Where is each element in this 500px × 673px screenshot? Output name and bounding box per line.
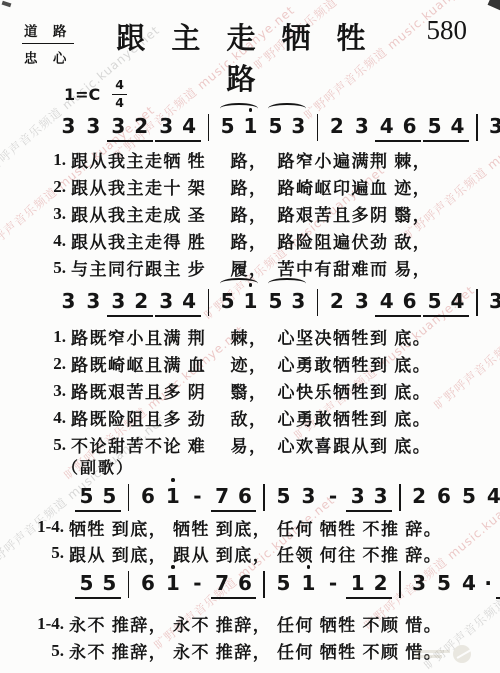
beam-group: 46 [375,114,421,142]
jianpu-note: 5 [457,484,480,508]
jianpu-note: 3 [350,114,373,138]
verse-number: 1-4. [18,614,64,634]
lyric-line: 2.路既崎岖且满 血 迹， 心勇敢牺牲到 底。 [40,350,431,377]
verse-number: 1. [40,327,66,347]
beam-group: 55 [75,484,121,512]
note-group: 2 [325,289,348,317]
beam-group: 54 [423,289,469,317]
verse-number: 4. [40,231,66,251]
lyric-line: 5.与主同行跟主 步 履， 苦中有甜难而 易， [40,254,431,281]
jianpu-note: 2 [325,114,348,138]
lyric-line: 1.跟从我主走牺 牲 路， 路窄小遍满荆 棘， [40,146,431,173]
note-group: 3 [350,114,373,142]
lyric-line: 2.跟从我主走十 架 路， 路崎岖印遍血 迹， [40,173,431,200]
octave-dot [249,283,253,287]
note-group: 6 [433,484,456,512]
jianpu-note: 4 [482,484,500,508]
jianpu-note: 4 [457,571,480,595]
jianpu-note: 7 [211,484,234,508]
jianpu-note: 4 [178,114,201,138]
lyric-line: 5.不论甜苦不论 难 易， 心欢喜跟从到 底。 [40,431,431,458]
barline [208,114,210,141]
barline [263,571,265,598]
hymn-title: 跟 主 走 牺 牲 路 [95,16,395,98]
slur-arc [220,103,258,114]
jianpu-note: 1 [161,571,184,595]
note-group: - [186,484,208,512]
verse-number: 2. [40,354,66,374]
jianpu-note: 2 [325,289,348,313]
note-group: 5 [272,571,295,599]
verse-number: 3. [40,204,66,224]
publisher-logo [416,643,488,665]
duration-dash: - [322,571,344,595]
jianpu-note: 5 [216,114,239,138]
barline [128,484,130,511]
jianpu-note: 5 [264,114,287,138]
lyric-text: 路既险阻且多 劲 敌， 心勇敢牺牲到 底。 [71,405,431,430]
beam-group: 54 [423,114,469,142]
note-group: 2 [325,114,348,142]
chorus-lyrics-block-1: 1-4.牺牲 到底， 牺牲 到底， 任何 牺牲 不推 辞。5.跟从 到底， 跟从… [18,514,442,566]
jianpu-note: 6 [136,484,159,508]
note-group: 5 [433,571,456,599]
jianpu-note: 2 [496,571,500,595]
jianpu-note: 3 [369,484,392,508]
verse-number: 1-4. [18,517,64,537]
verse-lyrics-block-1: 1.跟从我主走牺 牲 路， 路窄小遍满荆 棘，2.跟从我主走十 架 路， 路崎岖… [40,146,431,281]
jianpu-note: 5 [264,289,287,313]
duration-dash: - [186,484,208,508]
note-group: 3 [408,571,431,599]
jianpu-note: 3 [82,289,105,313]
note-group: · [482,571,494,599]
lyric-line: 1-4.永不 推辞， 永不 推辞， 任何 牺牲 不顾 惜。 [18,610,442,637]
note-group: 3 [485,289,500,317]
jianpu-note: 3 [82,114,105,138]
jianpu-note: 2 [369,571,392,595]
verse-number: 3. [40,381,66,401]
lyric-text: 跟从我主走得 胜 路， 路险阻遍伏劲 敌， [71,228,431,253]
barline [317,114,319,141]
jianpu-note: 2 [130,114,153,138]
barline [476,114,478,141]
beam-group: 55 [75,571,121,599]
lyric-text: 跟从我主走十 架 路， 路崎岖印遍血 迹， [71,174,431,199]
barline [476,289,478,316]
slur-group: 51 [216,289,262,317]
slur-group: 53 [264,289,310,317]
jianpu-note: 1 [239,289,262,313]
publisher-logo-text-lines [416,650,450,658]
hymn-number: 580 [427,15,468,46]
jianpu-note: 3 [57,114,80,138]
lyric-line: 1-4.牺牲 到底， 牺牲 到底， 任何 牺牲 不推 辞。 [18,514,442,540]
jianpu-note: 5 [423,114,446,138]
time-signature-numerator: 4 [112,79,127,95]
music-line-4: 5561-7651-12354·21--- [74,567,500,599]
beam-group: 34 [155,114,201,142]
slur-arc [268,103,306,114]
jianpu-note: 6 [433,484,456,508]
verse-number: 1. [40,150,66,170]
octave-dot [171,478,175,482]
note-group: - [322,484,344,512]
barline [317,289,319,316]
lyric-line: 3.路既艰苦且多 阴 翳， 心快乐牺牲到 底。 [40,377,431,404]
note-group: 6 [136,571,159,599]
jianpu-note: 3 [287,114,310,138]
jianpu-note: 6 [234,571,257,595]
jianpu-note: 2 [408,484,431,508]
jianpu-note: 3 [107,289,130,313]
duration-dash: - [186,571,208,595]
jianpu-note: 5 [423,289,446,313]
slur-group: 53 [264,114,310,142]
jianpu-note: 5 [272,484,295,508]
octave-dot [249,108,253,112]
note-group: 2 [408,484,431,512]
note-group: 4 [457,571,480,599]
lyric-text: 永不 推辞， 永不 推辞， 任何 牺牲 不顾 惜。 [69,611,442,636]
beam-group: 32 [107,114,153,142]
category-label: 道 路 忠 心 [22,20,74,67]
beam-group: 33 [346,484,392,512]
jianpu-note: 3 [485,114,500,138]
jianpu-note: 6 [398,114,421,138]
augmentation-dot: · [482,571,494,595]
beam-group: 12 [346,571,392,599]
jianpu-note: 1 [161,484,184,508]
verse-number: 4. [40,408,66,428]
key-signature-row: 1=C 4 4 [64,79,127,109]
lyric-text: 与主同行跟主 步 履， 苦中有甜难而 易， [71,255,431,280]
verse-lyrics-block-2: 1.路既窄小且满 荆 棘， 心坚决牺牲到 底。2.路既崎岖且满 血 迹， 心勇敢… [40,323,431,458]
note-group: 1 [161,484,184,512]
category-bottom-label: 忠 心 [22,44,74,67]
jianpu-note: 2 [130,289,153,313]
lyric-text: 路既艰苦且多 阴 翳， 心快乐牺牲到 底。 [71,378,431,403]
note-group: - [322,571,344,599]
note-group: 5 [272,484,295,512]
lyric-text: 路既窄小且满 荆 棘， 心坚决牺牲到 底。 [71,324,431,349]
jianpu-note: 3 [57,289,80,313]
time-signature: 4 4 [112,79,127,109]
note-group: 3 [297,484,320,512]
chorus-lyrics-block-2: 1-4.永不 推辞， 永不 推辞， 任何 牺牲 不顾 惜。5.永不 推辞， 永不… [18,610,442,664]
lyric-line: 1.路既窄小且满 荆 棘， 心坚决牺牲到 底。 [40,323,431,350]
verse-number: 5. [40,435,66,455]
lyric-text: 牺牲 到底， 牺牲 到底， 任何 牺牲 不推 辞。 [69,515,442,540]
barline [263,484,265,511]
barline [399,571,401,598]
jianpu-note: 4 [446,114,469,138]
note-group: 4 [482,484,500,512]
jianpu-note: 5 [75,571,98,595]
note-group: 3 [82,289,105,317]
jianpu-note: 1 [346,571,369,595]
jianpu-note: 3 [107,114,130,138]
note-group: 3 [485,114,500,142]
verse-number: 5. [18,543,64,563]
note-group: 5 [457,484,480,512]
jianpu-note: 4 [375,289,398,313]
verse-number: 5. [18,641,64,661]
jianpu-note: 5 [98,571,121,595]
jianpu-note: 3 [408,571,431,595]
music-line-2: 33323451532346543-- [56,285,500,317]
key-signature: 1=C [64,85,100,104]
site-watermark: 旷野呼声音乐频道 music.kuanye.net [430,251,500,413]
lyric-text: 永不 推辞， 永不 推辞， 任何 牺牲 不顾 惜。 [69,638,442,663]
jianpu-note: 3 [346,484,369,508]
duration-dash: - [322,484,344,508]
scan-corner-mark [2,1,12,8]
lyric-line: 4.跟从我主走得 胜 路， 路险阻遍伏劲 敌， [40,227,431,254]
jianpu-note: 6 [398,289,421,313]
slur-group: 51 [216,114,262,142]
lyric-text: 跟从 到底， 跟从 到底， 任领 何往 不推 辞。 [69,541,442,566]
scan-corner-mark [488,0,500,10]
jianpu-note: 3 [155,114,178,138]
music-line-1: 33323451532346543--- [56,110,500,142]
jianpu-note: 5 [216,289,239,313]
lyric-text: 路既崎岖且满 血 迹， 心勇敢牺牲到 底。 [71,351,431,376]
jianpu-note: 4 [375,114,398,138]
jianpu-note: 1 [297,571,320,595]
category-top-label: 道 路 [22,20,74,44]
lyric-line: 3.跟从我主走成 圣 路， 路艰苦且多阴 翳， [40,200,431,227]
publisher-logo-disc-icon [453,645,471,663]
note-group: 1 [161,571,184,599]
barline [128,571,130,598]
jianpu-note: 5 [98,484,121,508]
time-signature-denominator: 4 [115,95,124,110]
beam-group: 34 [155,289,201,317]
jianpu-note: 6 [136,571,159,595]
note-group: 3 [57,114,80,142]
note-group: 3 [82,114,105,142]
jianpu-note: 3 [297,484,320,508]
music-line-3: 5561-7653-3326543-- [74,480,500,512]
beam-group: 76 [211,571,257,599]
jianpu-note: 4 [178,289,201,313]
jianpu-note: 5 [433,571,456,595]
beam-group: 2 [496,571,500,599]
note-group: 1 [297,571,320,599]
beam-group: 32 [107,289,153,317]
lyric-line: 5.跟从 到底， 跟从 到底， 任领 何往 不推 辞。 [18,540,442,566]
chorus-label: （副歌） [62,455,134,478]
verse-number: 5. [40,258,66,278]
jianpu-note: 6 [234,484,257,508]
jianpu-note: 1 [239,114,262,138]
hymn-sheet-page: 旷野呼声音乐频道 music.kuanye.net 旷野呼声音乐频道 music… [0,0,500,673]
jianpu-note: 3 [485,289,500,313]
jianpu-note: 3 [287,289,310,313]
note-group: - [186,571,208,599]
jianpu-note: 5 [272,571,295,595]
verse-number: 2. [40,177,66,197]
jianpu-note: 7 [211,571,234,595]
lyric-text: 跟从我主走牺 牲 路， 路窄小遍满荆 棘， [71,147,431,172]
lyric-line: 4.路既险阻且多 劲 敌， 心勇敢牺牲到 底。 [40,404,431,431]
jianpu-note: 3 [350,289,373,313]
barline [399,484,401,511]
barline [208,289,210,316]
lyric-line: 5.永不 推辞， 永不 推辞， 任何 牺牲 不顾 惜。 [18,637,442,664]
jianpu-note: 4 [446,289,469,313]
note-group: 6 [136,484,159,512]
beam-group: 76 [211,484,257,512]
lyric-text: 跟从我主走成 圣 路， 路艰苦且多阴 翳， [71,201,431,226]
note-group: 3 [350,289,373,317]
jianpu-note: 3 [155,289,178,313]
note-group: 3 [57,289,80,317]
beam-group: 46 [375,289,421,317]
jianpu-note: 5 [75,484,98,508]
lyric-text: 不论甜苦不论 难 易， 心欢喜跟从到 底。 [71,432,431,457]
